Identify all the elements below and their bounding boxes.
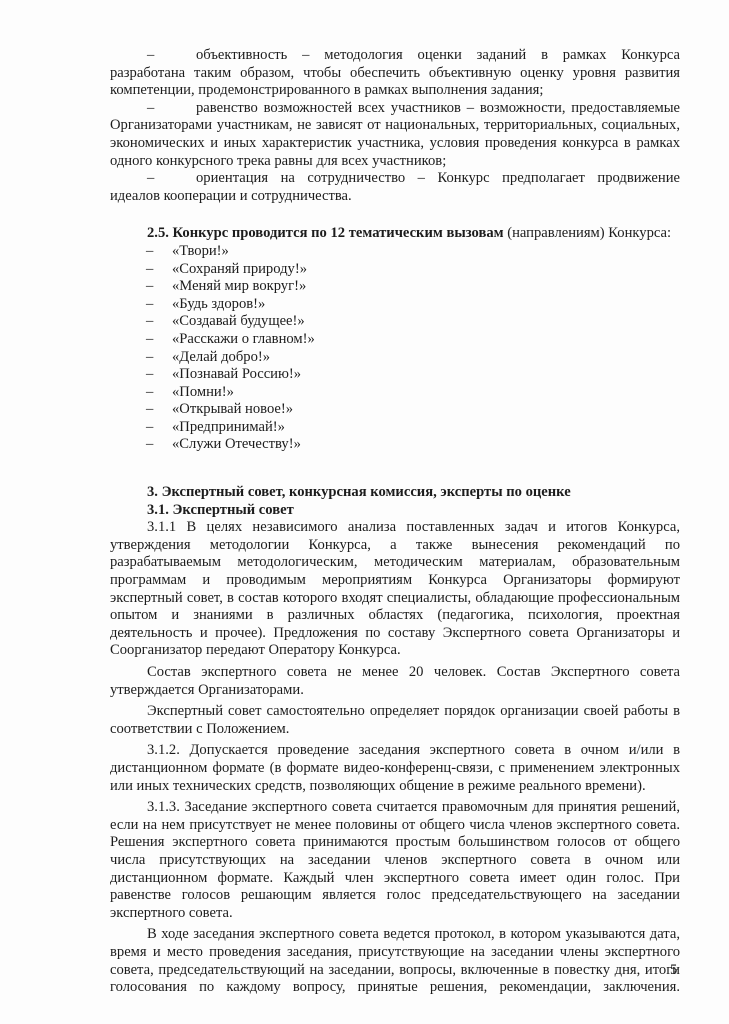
dash: – xyxy=(110,243,172,261)
list-item: –«Помни!» xyxy=(110,384,680,402)
spacer xyxy=(110,454,680,484)
page-number: 5 xyxy=(670,962,677,979)
principle-equality: –равенство возможностей всех участников … xyxy=(110,100,680,170)
dash: – xyxy=(110,296,172,314)
dash: – xyxy=(110,278,172,296)
list-item-text: «Познавай Россию!» xyxy=(172,366,301,384)
dash: – xyxy=(147,47,196,65)
list-item-text: «Служи Отечеству!» xyxy=(172,436,301,454)
paragraph-protocol: В ходе заседания экспертного совета веде… xyxy=(110,926,680,996)
section-3-1-heading: 3.1. Экспертный совет xyxy=(110,502,680,520)
dash: – xyxy=(110,401,172,419)
list-item: –«Делай добро!» xyxy=(110,349,680,367)
spacer xyxy=(110,205,680,225)
list-item-text: «Будь здоров!» xyxy=(172,296,265,314)
section-2-5-bold: 2.5. Конкурс проводится по 12 тематическ… xyxy=(147,225,504,241)
dash: – xyxy=(110,419,172,437)
dash: – xyxy=(110,436,172,454)
list-item-text: «Меняй мир вокруг!» xyxy=(172,278,306,296)
list-item: –«Открывай новое!» xyxy=(110,401,680,419)
dash: – xyxy=(110,349,172,367)
dash: – xyxy=(110,366,172,384)
dash: – xyxy=(147,170,196,188)
section-2-5-heading: 2.5. Конкурс проводится по 12 тематическ… xyxy=(110,225,680,243)
challenge-list: –«Твори!» –«Сохраняй природу!» –«Меняй м… xyxy=(110,243,680,454)
dash: – xyxy=(110,331,172,349)
paragraph-3-1-3: 3.1.3. Заседание экспертного совета счит… xyxy=(110,799,680,922)
page-body: –объективность – методология оценки зада… xyxy=(110,47,680,997)
dash: – xyxy=(110,313,172,331)
section-2-5-rest: (направлениям) Конкурса: xyxy=(504,225,672,241)
paragraph-3-1-1: 3.1.1 В целях независимого анализа поста… xyxy=(110,519,680,660)
principle-objectivity: –объективность – методология оценки зада… xyxy=(110,47,680,100)
list-item-text: «Создавай будущее!» xyxy=(172,313,305,331)
paragraph-3-1-2: 3.1.2. Допускается проведение заседания … xyxy=(110,742,680,795)
list-item: –«Познавай Россию!» xyxy=(110,366,680,384)
principle-text: объективность – методология оценки задан… xyxy=(110,47,680,98)
section-3-heading: 3. Экспертный совет, конкурсная комиссия… xyxy=(110,484,680,502)
document-page: –объективность – методология оценки зада… xyxy=(0,0,729,1024)
paragraph-procedure: Экспертный совет самостоятельно определя… xyxy=(110,703,680,738)
list-item-text: «Помни!» xyxy=(172,384,234,402)
list-item: –«Предпринимай!» xyxy=(110,419,680,437)
dash: – xyxy=(110,261,172,279)
list-item-text: «Открывай новое!» xyxy=(172,401,293,419)
list-item-text: «Расскажи о главном!» xyxy=(172,331,315,349)
principle-text: равенство возможностей всех участников –… xyxy=(110,100,680,169)
list-item-text: «Делай добро!» xyxy=(172,349,270,367)
list-item: –«Служи Отечеству!» xyxy=(110,436,680,454)
list-item: –«Сохраняй природу!» xyxy=(110,261,680,279)
list-item-text: «Сохраняй природу!» xyxy=(172,261,307,279)
dash: – xyxy=(147,100,196,118)
dash: – xyxy=(110,384,172,402)
list-item: –«Создавай будущее!» xyxy=(110,313,680,331)
principle-cooperation: –ориентация на сотрудничество – Конкурс … xyxy=(110,170,680,205)
list-item: –«Твори!» xyxy=(110,243,680,261)
list-item: –«Будь здоров!» xyxy=(110,296,680,314)
principle-text: ориентация на сотрудничество – Конкурс п… xyxy=(110,170,680,204)
list-item-text: «Предпринимай!» xyxy=(172,419,285,437)
list-item: –«Расскажи о главном!» xyxy=(110,331,680,349)
list-item: –«Меняй мир вокруг!» xyxy=(110,278,680,296)
list-item-text: «Твори!» xyxy=(172,243,229,261)
paragraph-composition: Состав экспертного совета не менее 20 че… xyxy=(110,664,680,699)
